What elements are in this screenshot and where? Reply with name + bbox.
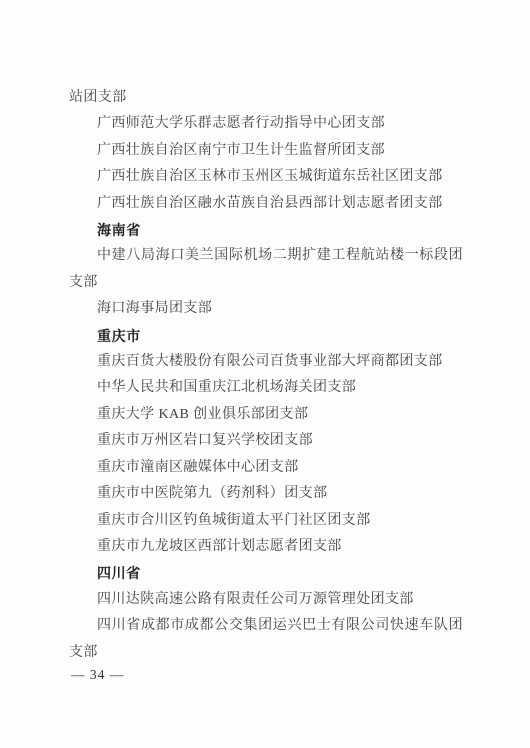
branch-entry: 重庆百货大楼股份有限公司百货事业部大坪商都团支部 [69,349,463,375]
branch-entry: 重庆市潼南区融媒体中心团支部 [69,455,463,481]
branch-entry: 重庆市万州区岩口复兴学校团支部 [69,428,463,454]
branch-entry: 重庆大学 KAB 创业俱乐部团支部 [69,402,463,428]
page-number: — 34 — [71,666,124,684]
branch-entry: 广西师范大学乐群志愿者行动指导中心团支部 [69,111,463,137]
continuation-line: 站团支部 [69,85,463,111]
document-page: 站团支部 广西师范大学乐群志愿者行动指导中心团支部 广西壮族自治区南宁市卫生计生… [0,0,530,748]
province-header-sichuan: 四川省 [69,560,463,586]
branch-entry: 广西壮族自治区南宁市卫生计生监督所团支部 [69,138,463,164]
branch-entry: 中华人民共和国重庆江北机场海关团支部 [69,375,463,401]
branch-list: 站团支部 广西师范大学乐群志愿者行动指导中心团支部 广西壮族自治区南宁市卫生计生… [69,85,463,666]
province-header-hainan: 海南省 [69,217,463,243]
branch-entry: 重庆市合川区钓鱼城街道太平门社区团支部 [69,508,463,534]
province-header-chongqing: 重庆市 [69,323,463,349]
branch-entry: 广西壮族自治区玉林市玉州区玉城街道东岳社区团支部 [69,164,463,190]
branch-entry: 海口海事局团支部 [69,296,463,322]
branch-entry: 重庆市中医院第九（药剂科）团支部 [69,481,463,507]
branch-entry: 中建八局海口美兰国际机场二期扩建工程航站楼一标段团支部 [69,243,463,296]
branch-entry: 四川达陕高速公路有限责任公司万源管理处团支部 [69,587,463,613]
branch-entry: 四川省成都市成都公交集团运兴巴士有限公司快速车队团支部 [69,613,463,666]
branch-entry: 广西壮族自治区融水苗族自治县西部计划志愿者团支部 [69,191,463,217]
branch-entry: 重庆市九龙坡区西部计划志愿者团支部 [69,534,463,560]
